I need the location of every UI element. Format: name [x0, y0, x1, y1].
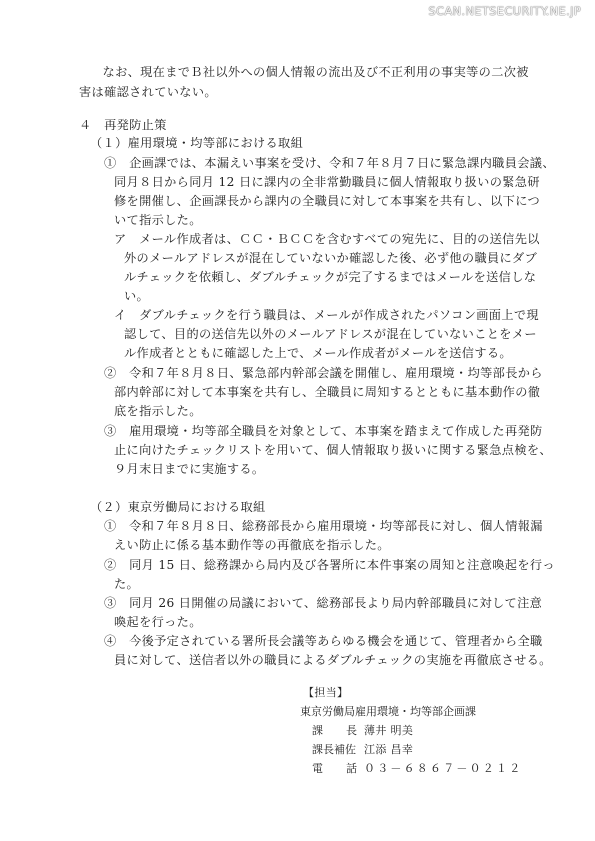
subsection-2-heading: （２）東京労働局における取組 [90, 499, 266, 515]
sub2-item2-line: ② 同月 15 日、総務課から局内及び各署所に本件事案の周知と注意喚起を行っ [104, 557, 555, 573]
contact-label-chief: 課 長 [312, 723, 357, 739]
sub1-item2-line: ② 令和７年８月８日、緊急部内幹部会議を開催し、雇用環境・均等部長から [104, 365, 543, 381]
sub2-item1-line: ① 令和７年８月８日、総務部長から雇用環境・均等部長に対し、個人情報漏 [104, 518, 543, 534]
sub2-item1-line: えい防止に係る基本動作等の再徹底を指示した。 [114, 537, 390, 553]
contact-label-phone: 電 話 [312, 761, 357, 777]
sub1-item1-a-line: い。 [124, 288, 149, 304]
contact-department: 東京労働局雇用環境・均等部企画課 [300, 704, 476, 720]
sub1-item3-line: ③ 雇用環境・均等部全職員を対象として、本事案を踏まえて作成した再発防 [104, 423, 543, 439]
contact-value-chief: 薄井 明美 [364, 723, 413, 739]
sub2-item3-line: 喚起を行った。 [114, 614, 202, 630]
contact-heading: 【担当】 [303, 685, 348, 701]
watermark: SCAN.NETSECURITY.NE.JP [428, 4, 581, 18]
sub2-item2-line: た。 [114, 576, 139, 592]
sub1-item2-line: 底を指示した。 [114, 403, 202, 419]
section-heading: ４ 再発防止策 [79, 117, 167, 133]
document-page: SCAN.NETSECURITY.NE.JP なお、現在までＢ社以外への個人情報… [0, 0, 595, 841]
sub1-item1-i-line: 認して、目的の送信先以外のメールアドレスが混在していないことをメー [124, 326, 537, 342]
contact-value-deputy: 江添 昌幸 [364, 742, 413, 758]
sub2-item4-line: 員に対して、送信者以外の職員によるダブルチェックの実施を再徹底させる。 [114, 652, 552, 668]
sub1-item3-line: 止に向けたチェックリストを用いて、個人情報取り扱いに関する緊急点検を、 [114, 442, 552, 458]
sub1-item1-a-line: ア メール作成者は、ＣＣ・ＢＣＣを含むすべての宛先に、目的の送信先以 [114, 231, 540, 247]
sub1-item1-line: ① 企画課では、本漏えい事案を受け、令和７年８月７日に緊急課内職員会議、 [104, 155, 555, 171]
sub1-item1-line: 修を開催し、企画課長から課内の全職員に対して本事案を共有し、以下につ [114, 193, 540, 209]
sub1-item1-i-line: イ ダブルチェックを行う職員は、メールが作成されたパソコン画面上で現 [114, 307, 539, 323]
sub2-item3-line: ③ 同月 26 日開催の局議において、総務部長より局内幹部職員に対して注意 [104, 595, 542, 611]
sub1-item1-a-line: 外のメールアドレスが混在していないか確認した後、必ず他の職員にダブ [124, 250, 537, 266]
sub1-item1-i-line: ル作成者とともに確認した上で、メール作成者がメールを送信する。 [124, 345, 512, 361]
sub2-item4-line: ④ 今後予定されている署所長会議等あらゆる機会を通じて、管理者から全職 [104, 633, 543, 649]
sub1-item2-line: 部内幹部に対して本事案を共有し、全職員に周知するとともに基本動作の徹 [114, 384, 540, 400]
intro-line-1: なお、現在までＢ社以外への個人情報の流出及び不正利用の事実等の二次被 [90, 64, 529, 80]
sub1-item3-line: ９月末日までに実施する。 [114, 461, 264, 477]
contact-label-deputy: 課長補佐 [312, 742, 356, 758]
subsection-1-heading: （１）雇用環境・均等部における取組 [90, 135, 303, 151]
sub1-item1-a-line: ルチェックを依頼し、ダブルチェックが完了するまではメールを送信しな [124, 269, 536, 285]
intro-line-2: 害は確認されていない。 [79, 84, 217, 100]
sub1-item1-line: 同月８日から同月 12 日に課内の全非常勤職員に個人情報取り扱いの緊急研 [114, 174, 540, 190]
sub1-item1-line: いて指示した。 [114, 212, 202, 228]
contact-value-phone: ０３－６８６７－０２１２ [364, 761, 522, 777]
